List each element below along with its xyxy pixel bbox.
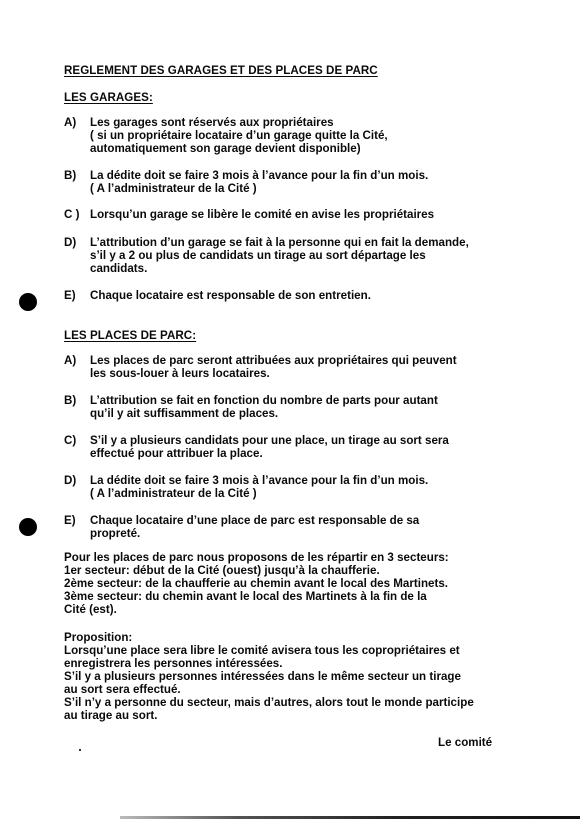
item-text: Lorsqu’un garage se libère le comité en … — [90, 208, 434, 221]
item-text: ( A l’administrateur de la Cité ) — [90, 182, 257, 195]
item-text: effectué pour attribuer la place. — [90, 447, 263, 460]
paragraph-line: 1er secteur: début de la Cité (ouest) ju… — [64, 564, 380, 577]
paragraph-line: au sort sera effectué. — [64, 683, 181, 696]
item-text: La dédite doit se faire 3 mois à l’avanc… — [90, 474, 428, 487]
item-text: ( si un propriétaire locataire d’un gara… — [90, 129, 388, 142]
item-text: Chaque locataire d’une place de parc est… — [90, 514, 419, 527]
proposition-heading: Proposition: — [64, 631, 132, 644]
item-text: Les garages sont réservés aux propriétai… — [90, 116, 334, 129]
item-text: les sous-louer à leurs locataires. — [90, 367, 270, 380]
item-text: La dédite doit se faire 3 mois à l’avanc… — [90, 169, 428, 182]
item-text: L’attribution d’un garage se fait à la p… — [90, 236, 469, 249]
item-label: A) — [64, 116, 76, 129]
section-heading-garages: LES GARAGES: — [64, 91, 153, 104]
document-title: REGLEMENT DES GARAGES ET DES PLACES DE P… — [64, 64, 378, 77]
paragraph-line: Lorsqu’une place sera libre le comité av… — [64, 644, 460, 657]
paragraph-line: au tirage au sort. — [64, 709, 157, 722]
item-text: S’il y a plusieurs candidats pour une pl… — [90, 434, 449, 447]
paragraph-line: Pour les places de parc nous proposons d… — [64, 551, 449, 564]
item-text: automatiquement son garage devient dispo… — [90, 142, 361, 155]
paragraph-line: S’il n’y a personne du secteur, mais d’a… — [64, 696, 474, 709]
item-text: Les places de parc seront attribuées aux… — [90, 354, 457, 367]
item-label: A) — [64, 354, 76, 367]
section-heading-places: LES PLACES DE PARC: — [64, 329, 196, 342]
scan-speck — [79, 749, 81, 751]
page-bottom-edge — [120, 816, 580, 819]
item-text: Chaque locataire est responsable de son … — [90, 289, 371, 302]
punch-hole-mark-top — [19, 293, 37, 311]
paragraph-line: enregistrera les personnes intéressées. — [64, 657, 282, 670]
item-label: B) — [64, 169, 76, 182]
item-text: candidats. — [90, 262, 147, 275]
item-label: E) — [64, 514, 76, 527]
item-text: ( A l’administrateur de la Cité ) — [90, 487, 257, 500]
item-text: qu’il y ait suffisamment de places. — [90, 407, 278, 420]
scanned-page: REGLEMENT DES GARAGES ET DES PLACES DE P… — [0, 0, 580, 826]
paragraph-line: Cité (est). — [64, 603, 117, 616]
item-label: D) — [64, 236, 76, 249]
item-text: L’attribution se fait en fonction du nom… — [90, 394, 438, 407]
item-label: C) — [64, 434, 76, 447]
item-label: E) — [64, 289, 76, 302]
paragraph-line: 2ème secteur: de la chaufferie au chemin… — [64, 577, 448, 590]
paragraph-line: 3ème secteur: du chemin avant le local d… — [64, 590, 427, 603]
item-label: B) — [64, 394, 76, 407]
paragraph-line: S’il y a plusieurs personnes intéressées… — [64, 670, 461, 683]
punch-hole-mark-bottom — [19, 518, 37, 536]
signature: Le comité — [438, 736, 492, 749]
item-label: C ) — [64, 208, 79, 221]
item-text: s’il y a 2 ou plus de candidats un tirag… — [90, 249, 426, 262]
item-text: propreté. — [90, 527, 140, 540]
item-label: D) — [64, 474, 76, 487]
